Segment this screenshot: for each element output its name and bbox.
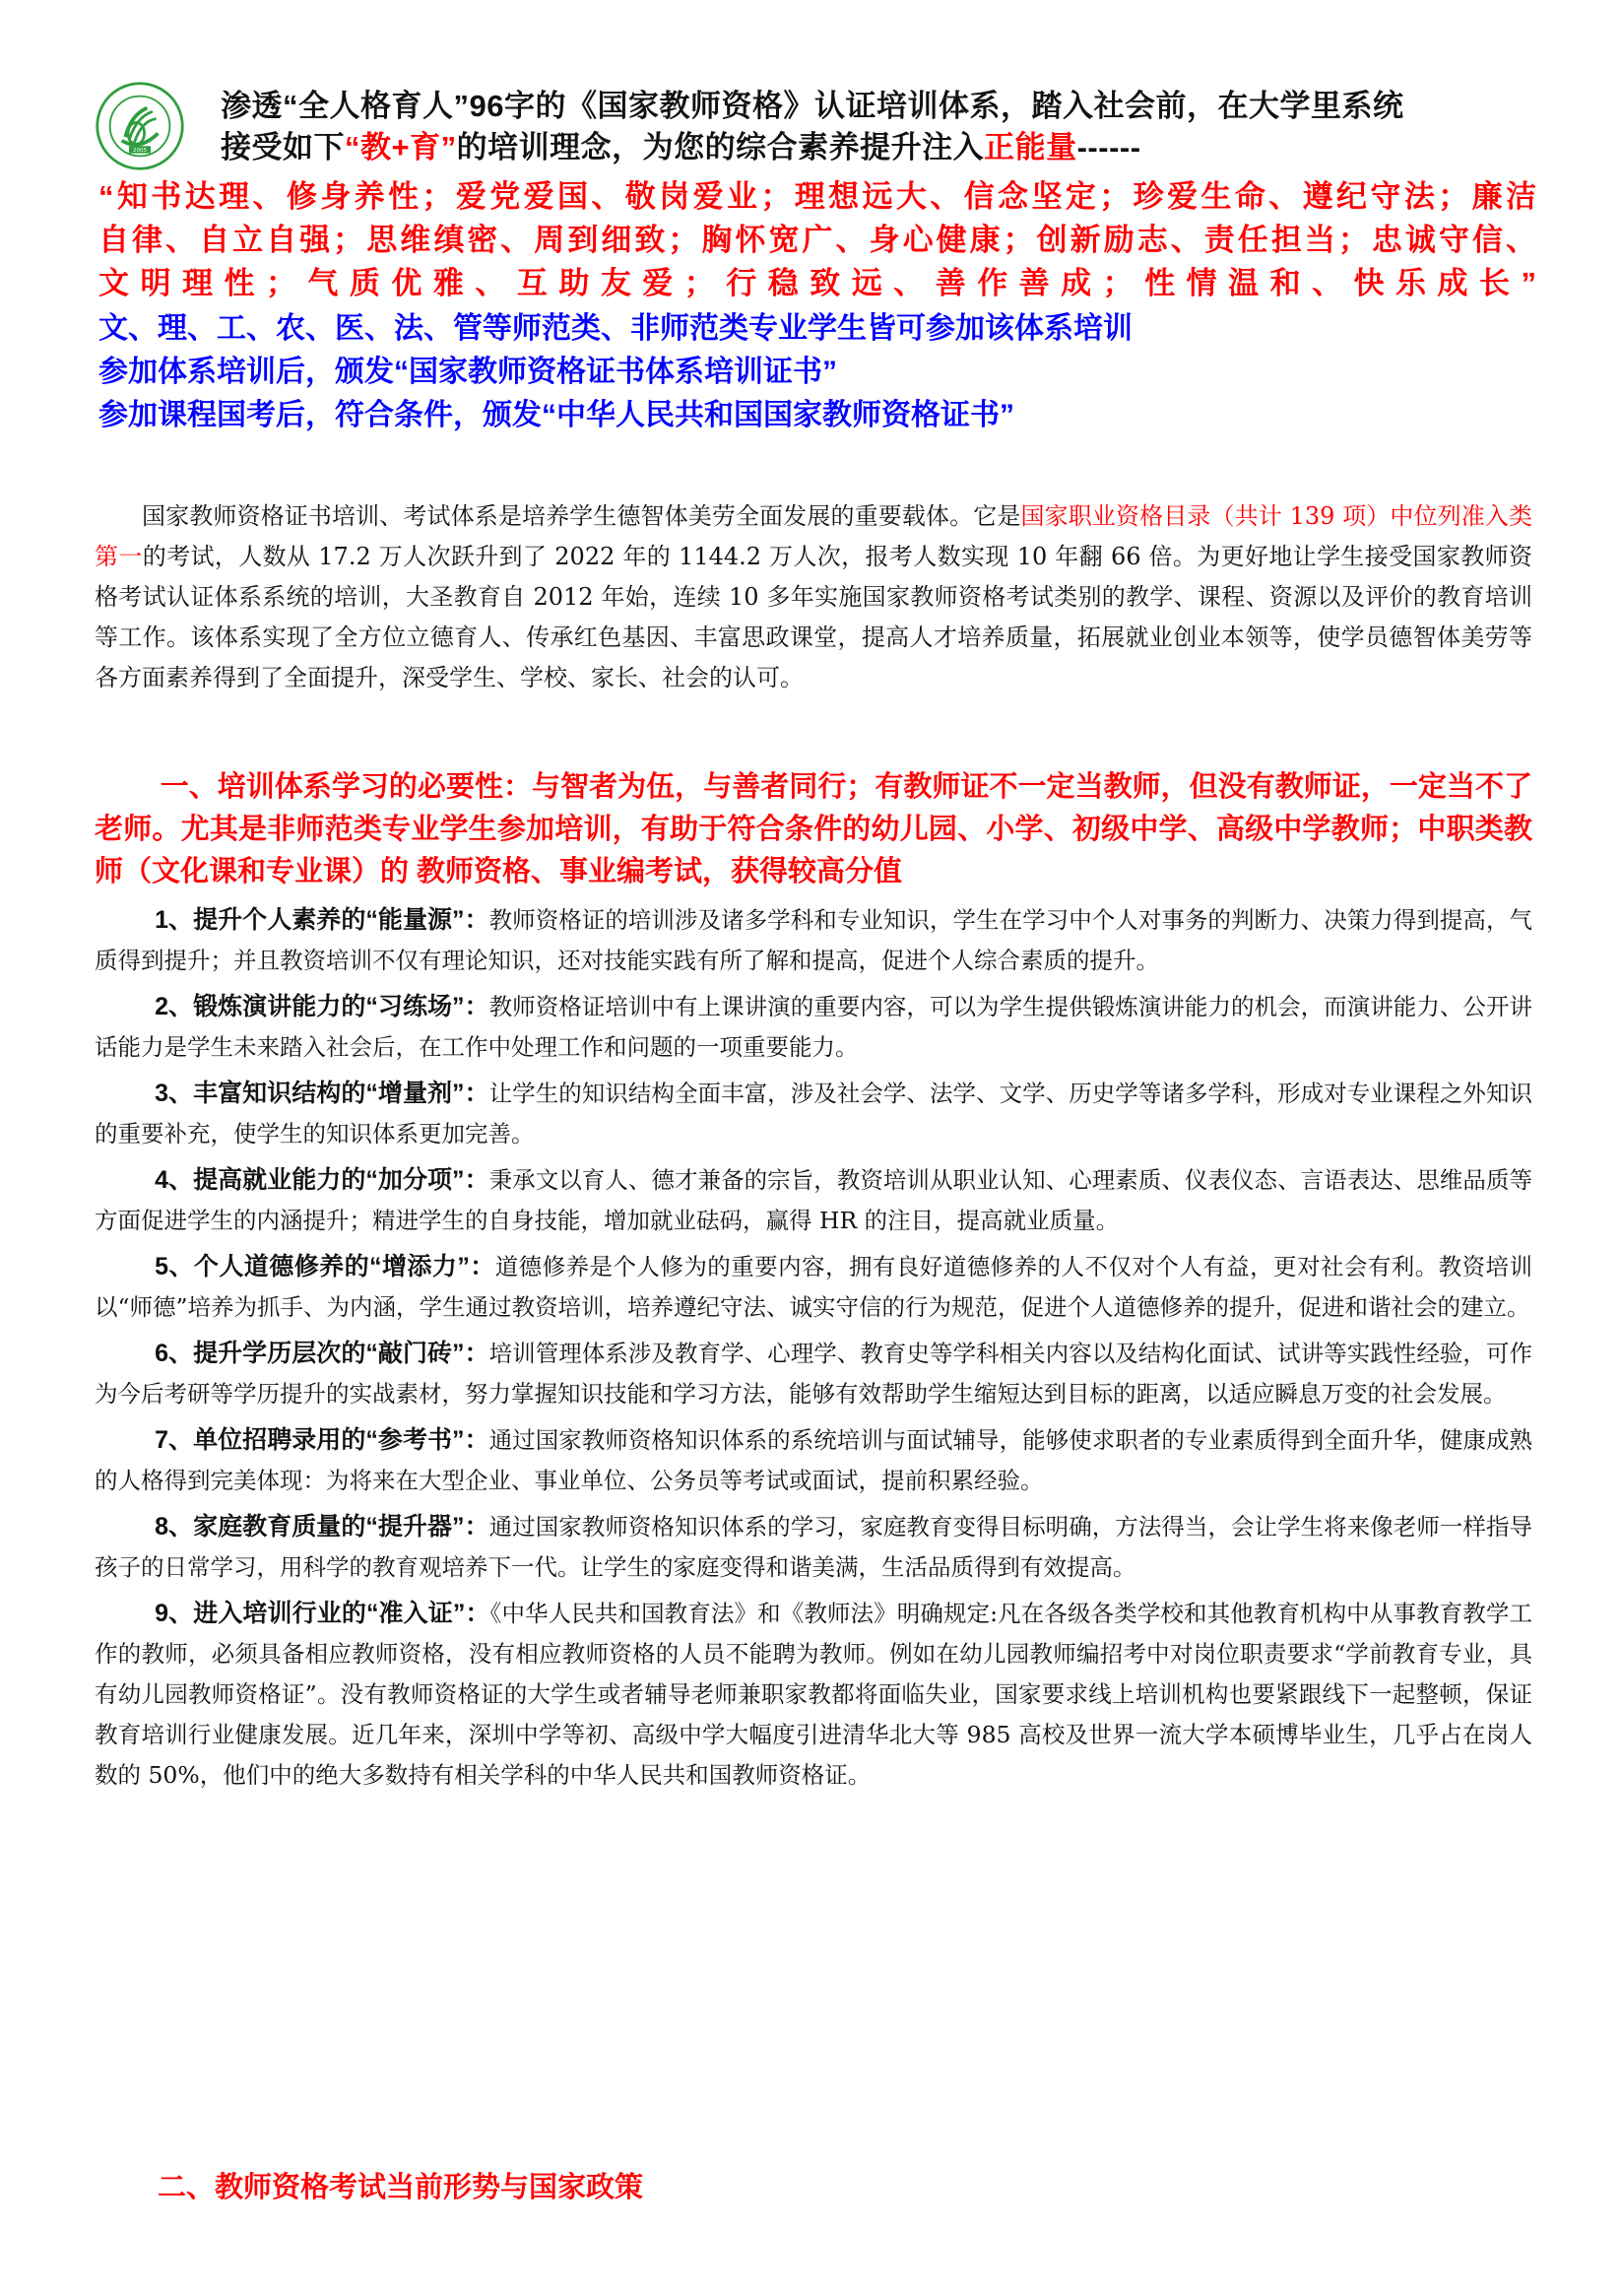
section-1-heading: 一、培训体系学习的必要性：与智者为伍，与善者同行；有教师证不一定当教师，但没有教… <box>95 766 1532 893</box>
main-paragraph: 国家教师资格证书培训、考试体系是培养学生德智体美劳全面发展的重要载体。它是国家职… <box>95 496 1532 698</box>
national-certificate-line: 参加课程国考后，符合条件，颁发“中华人民共和国国家教师资格证书” <box>98 394 1536 437</box>
intro-line-2: 接受如下“教+育”的培训理念，为您的综合素养提升注入正能量------ <box>221 128 1141 167</box>
benefit-item: 2、锻炼演讲能力的“习练场”：教师资格证培训中有上课讲演的重要内容，可以为学生提… <box>95 987 1532 1068</box>
eligibility-block: 文、理、工、农、医、法、管等师范类、非师范类专业学生皆可参加该体系培训 参加体系… <box>98 307 1536 437</box>
benefit-title: 7、单位招聘录用的“参考书”： <box>155 1426 489 1454</box>
benefit-list: 1、提升个人素养的“能量源”：教师资格证的培训涉及诸多学科和专业知识，学生在学习… <box>95 900 1532 1802</box>
college-logo-icon: 2005 <box>95 81 185 171</box>
virtues-line: 文明理性；气质优雅、互助友爱；行稳致远、善作善成；性情温和、快乐成长” <box>98 262 1536 305</box>
main-paragraph-pre: 国家教师资格证书培训、考试体系是培养学生德智体美劳全面发展的重要载体。它是 <box>142 502 1021 530</box>
intro-line-1: 渗透“全人格育人”96字的《国家教师资格》认证培训体系，踏入社会前，在大学里系统 <box>221 87 1403 126</box>
benefit-item: 3、丰富知识结构的“增量剂”：让学生的知识结构全面丰富，涉及社会学、法学、文学、… <box>95 1074 1532 1154</box>
training-certificate-line: 参加体系培训后，颁发“国家教师资格证书体系培训证书” <box>98 351 1536 394</box>
section-2-heading: 二、教师资格考试当前形势与国家政策 <box>158 2165 643 2205</box>
benefit-title: 1、提升个人素养的“能量源”： <box>155 906 489 934</box>
benefit-text: 《中华人民共和国教育法》和《教师法》明确规定:凡在各级各类学校和其他教育机构中从… <box>95 1600 1532 1789</box>
intro-line-2-mid: 的培训理念，为您的综合素养提升注入 <box>457 130 985 164</box>
eligibility-line: 文、理、工、农、医、法、管等师范类、非师范类专业学生皆可参加该体系培训 <box>98 307 1536 351</box>
intro-line-2-post: ------ <box>1077 130 1141 164</box>
main-paragraph-post: 的考试，人数从 17.2 万人次跃升到了 2022 年的 1144.2 万人次，… <box>95 543 1532 691</box>
virtues-block: “知书达理、修身养性；爱党爱国、敬岗爱业；理想远大、信念坚定；珍爱生命、遵纪守法… <box>98 175 1536 305</box>
virtues-line: 自律、自立自强；思维缜密、周到细致；胸怀宽广、身心健康；创新励志、责任担当；忠诚… <box>98 219 1536 262</box>
benefit-item: 9、进入培训行业的“准入证”：《中华人民共和国教育法》和《教师法》明确规定:凡在… <box>95 1594 1532 1796</box>
benefit-item: 5、个人道德修养的“增添力”：道德修养是个人修为的重要内容，拥有良好道德修养的人… <box>95 1247 1532 1328</box>
benefit-item: 6、提升学历层次的“敲门砖”：培训管理体系涉及教育学、心理学、教育史等学科相关内… <box>95 1334 1532 1414</box>
benefit-item: 1、提升个人素养的“能量源”：教师资格证的培训涉及诸多学科和专业知识，学生在学习… <box>95 900 1532 981</box>
benefit-title: 5、个人道德修养的“增添力”： <box>155 1253 495 1280</box>
benefit-item: 8、家庭教育质量的“提升器”：通过国家教师资格知识体系的学习，家庭教育变得目标明… <box>95 1507 1532 1588</box>
benefit-title: 6、提升学历层次的“敲门砖”： <box>155 1340 489 1367</box>
benefit-title: 2、锻炼演讲能力的“习练场”： <box>155 993 489 1020</box>
svg-text:2005: 2005 <box>133 148 148 154</box>
virtues-line: “知书达理、修身养性；爱党爱国、敬岗爱业；理想远大、信念坚定；珍爱生命、遵纪守法… <box>98 175 1536 219</box>
benefit-title: 3、丰富知识结构的“增量剂”： <box>155 1080 489 1107</box>
benefit-title: 8、家庭教育质量的“提升器”： <box>155 1513 489 1541</box>
positive-energy-highlight: 正能量 <box>984 130 1077 164</box>
jiao-yu-highlight: “教+育” <box>345 130 457 164</box>
benefit-title: 9、进入培训行业的“准入证”： <box>155 1600 490 1627</box>
intro-line-2-pre: 接受如下 <box>221 130 345 164</box>
benefit-item: 7、单位招聘录用的“参考书”：通过国家教师资格知识体系的系统培训与面试辅导，能够… <box>95 1420 1532 1501</box>
document-page: 2005 渗透“全人格育人”96字的《国家教师资格》认证培训体系，踏入社会前，在… <box>0 0 1621 2296</box>
benefit-item: 4、提高就业能力的“加分项”：秉承文以育人、德才兼备的宗旨，教资培训从职业认知、… <box>95 1160 1532 1241</box>
benefit-title: 4、提高就业能力的“加分项”： <box>155 1166 489 1194</box>
